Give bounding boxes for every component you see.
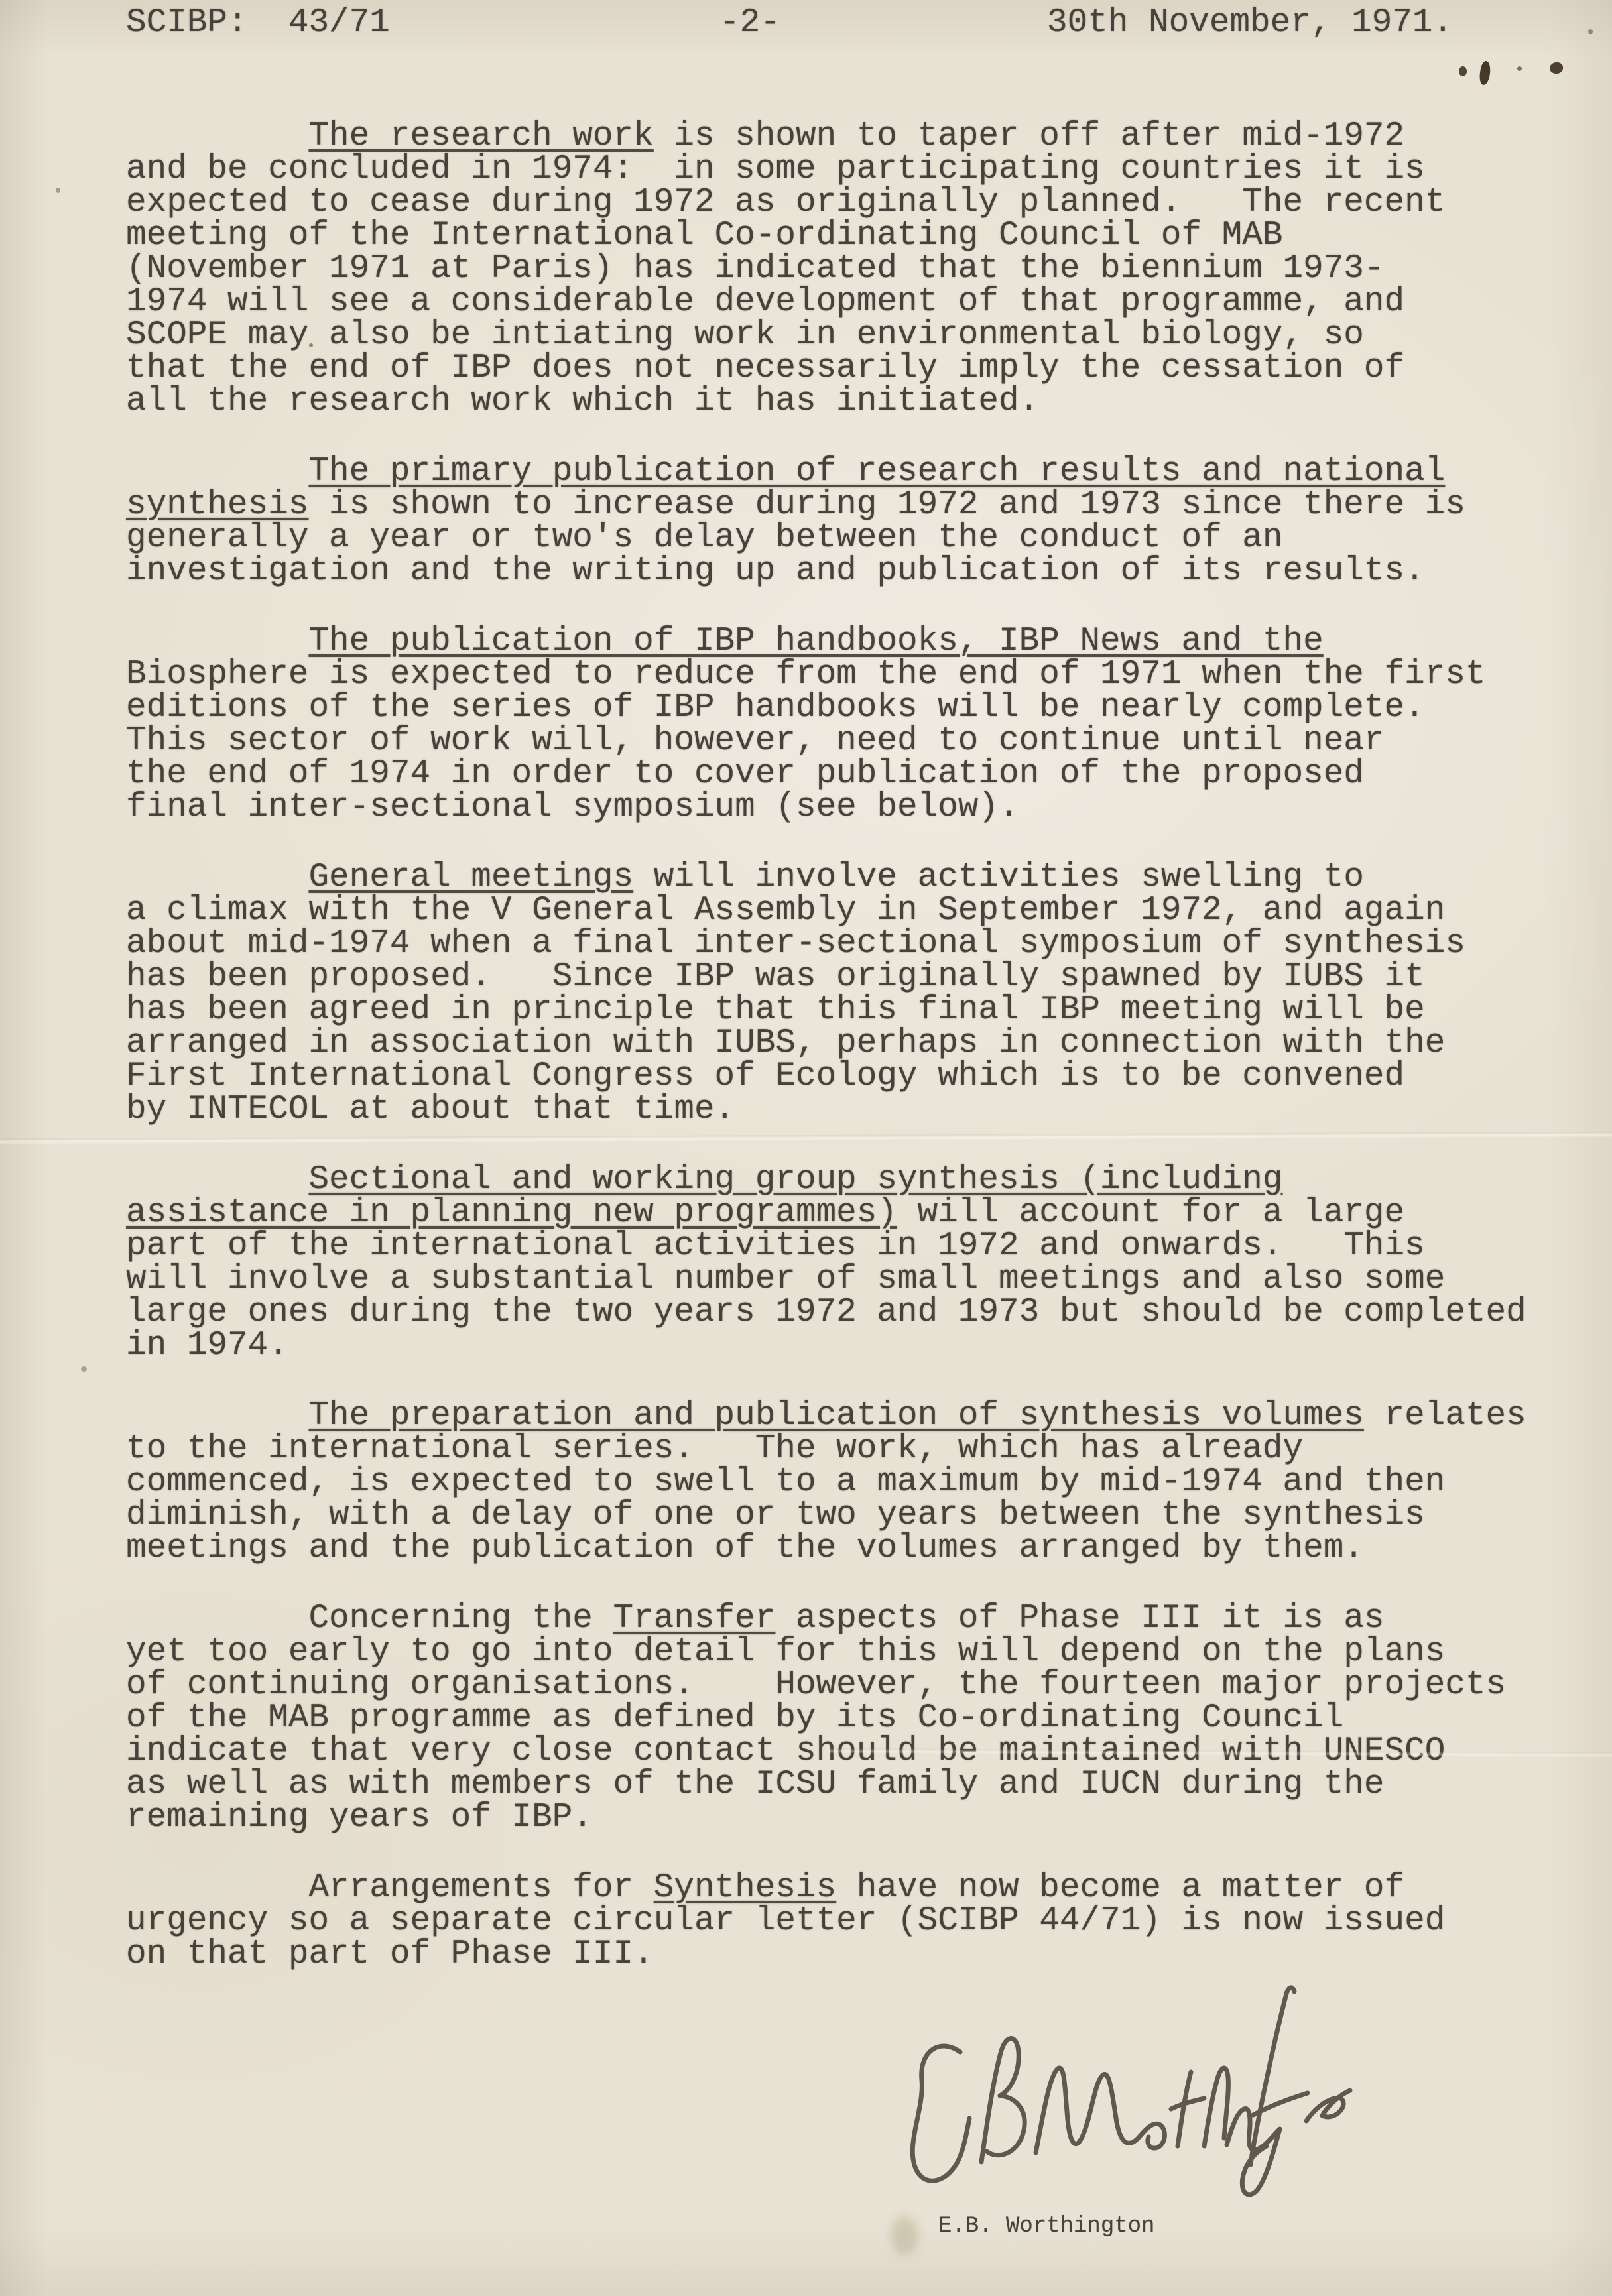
text-line: by INTECOL at about that time. [126,1093,1526,1126]
signature-handwriting-icon [882,1979,1386,2205]
ink-speck [1459,66,1467,76]
text-line: part of the international activities in … [126,1230,1526,1263]
paragraph-1: The research work is shown to taper off … [126,120,1526,418]
text-line: Arrangements for Synthesis have now beco… [126,1872,1526,1905]
text-line: The publication of IBP handbooks, IBP Ne… [126,625,1526,658]
text-line: to the international series. The work, w… [126,1433,1526,1466]
text-line: First International Congress of Ecology … [126,1060,1526,1093]
text-line: in 1974. [126,1329,1526,1362]
text-line: 1974 will see a considerable development… [126,286,1526,319]
paragraph-6: The preparation and publication of synth… [126,1400,1526,1565]
text-line: investigation and the writing up and pub… [126,555,1526,588]
ink-speck [1479,60,1492,86]
text-line: This sector of work will, however, need … [126,725,1526,758]
paper-stain [891,2216,918,2255]
text-line: diminish, with a delay of one or two yea… [126,1499,1526,1532]
paragraph-2: The primary publication of research resu… [126,455,1526,588]
text-line: about mid-1974 when a final inter-sectio… [126,928,1526,961]
text-line: of continuing organisations. However, th… [126,1669,1526,1702]
text-line: remaining years of IBP. [126,1801,1526,1835]
text-line: editions of the series of IBP handbooks … [126,692,1526,725]
document-reference: SCIBP: 43/71 [126,7,390,40]
paragraph-5: Sectional and working group synthesis (i… [126,1164,1526,1362]
text-line: commenced, is expected to swell to a max… [126,1466,1526,1499]
paragraph-7: Concerning the Transfer aspects of Phase… [126,1602,1526,1835]
ink-speck [1588,29,1593,34]
text-line: will involve a substantial number of sma… [126,1263,1526,1296]
paragraph-8: Arrangements for Synthesis have now beco… [126,1872,1526,1971]
page-number: -2- [719,7,780,40]
text-line: (November 1971 at Paris) has indicated t… [126,253,1526,286]
text-line: on that part of Phase III. [126,1938,1526,1971]
text-line: meetings and the publication of the volu… [126,1532,1526,1565]
document-date: 30th November, 1971. [1047,7,1453,40]
text-line: indicate that very close contact should … [126,1735,1526,1768]
text-line: expected to cease during 1972 as origina… [126,186,1526,219]
letter-body: The research work is shown to taper off … [126,120,1526,2008]
text-line: General meetings will involve activities… [126,861,1526,894]
text-line: arranged in association with IUBS, perha… [126,1027,1526,1060]
text-line: and be concluded in 1974: in some partic… [126,153,1526,186]
text-line: large ones during the two years 1972 and… [126,1296,1526,1329]
text-line: the end of 1974 in order to cover public… [126,758,1526,791]
ink-speck [1517,66,1522,71]
text-line: meeting of the International Co-ordinati… [126,219,1526,253]
text-line: The preparation and publication of synth… [126,1400,1526,1433]
ink-speck [81,1366,87,1372]
text-line: all the research work which it has initi… [126,385,1526,418]
text-line: synthesis is shown to increase during 19… [126,489,1526,522]
scanned-letter-page: SCIBP: 43/71 -2- 30th November, 1971. Th… [0,0,1612,2296]
text-line: yet too early to go into detail for this… [126,1636,1526,1669]
text-line: as well as with members of the ICSU fami… [126,1768,1526,1801]
text-line: The research work is shown to taper off … [126,120,1526,153]
text-line: urgency so a separate circular letter (S… [126,1905,1526,1938]
text-line: a climax with the V General Assembly in … [126,894,1526,928]
text-line: has been agreed in principle that this f… [126,994,1526,1027]
text-line: has been proposed. Since IBP was origina… [126,961,1526,994]
paragraph-3: The publication of IBP handbooks, IBP Ne… [126,625,1526,824]
text-line: assistance in planning new programmes) w… [126,1197,1526,1230]
text-line: Biosphere is expected to reduce from the… [126,658,1526,692]
ink-speck [56,188,60,193]
text-line: that the end of IBP does not necessarily… [126,352,1526,385]
ink-speck [309,343,313,347]
signatory-typed-name: E.B. Worthington [938,2213,1154,2240]
text-line: Sectional and working group synthesis (i… [126,1164,1526,1197]
paragraph-4: General meetings will involve activities… [126,861,1526,1126]
text-line: Concerning the Transfer aspects of Phase… [126,1602,1526,1636]
text-line: of the MAB programme as defined by its C… [126,1702,1526,1735]
text-line: generally a year or two's delay between … [126,522,1526,555]
text-line: final inter-sectional symposium (see bel… [126,791,1526,824]
ink-speck [1550,62,1563,74]
text-line: SCOPE may also be intiating work in envi… [126,319,1526,352]
text-line: The primary publication of research resu… [126,455,1526,489]
